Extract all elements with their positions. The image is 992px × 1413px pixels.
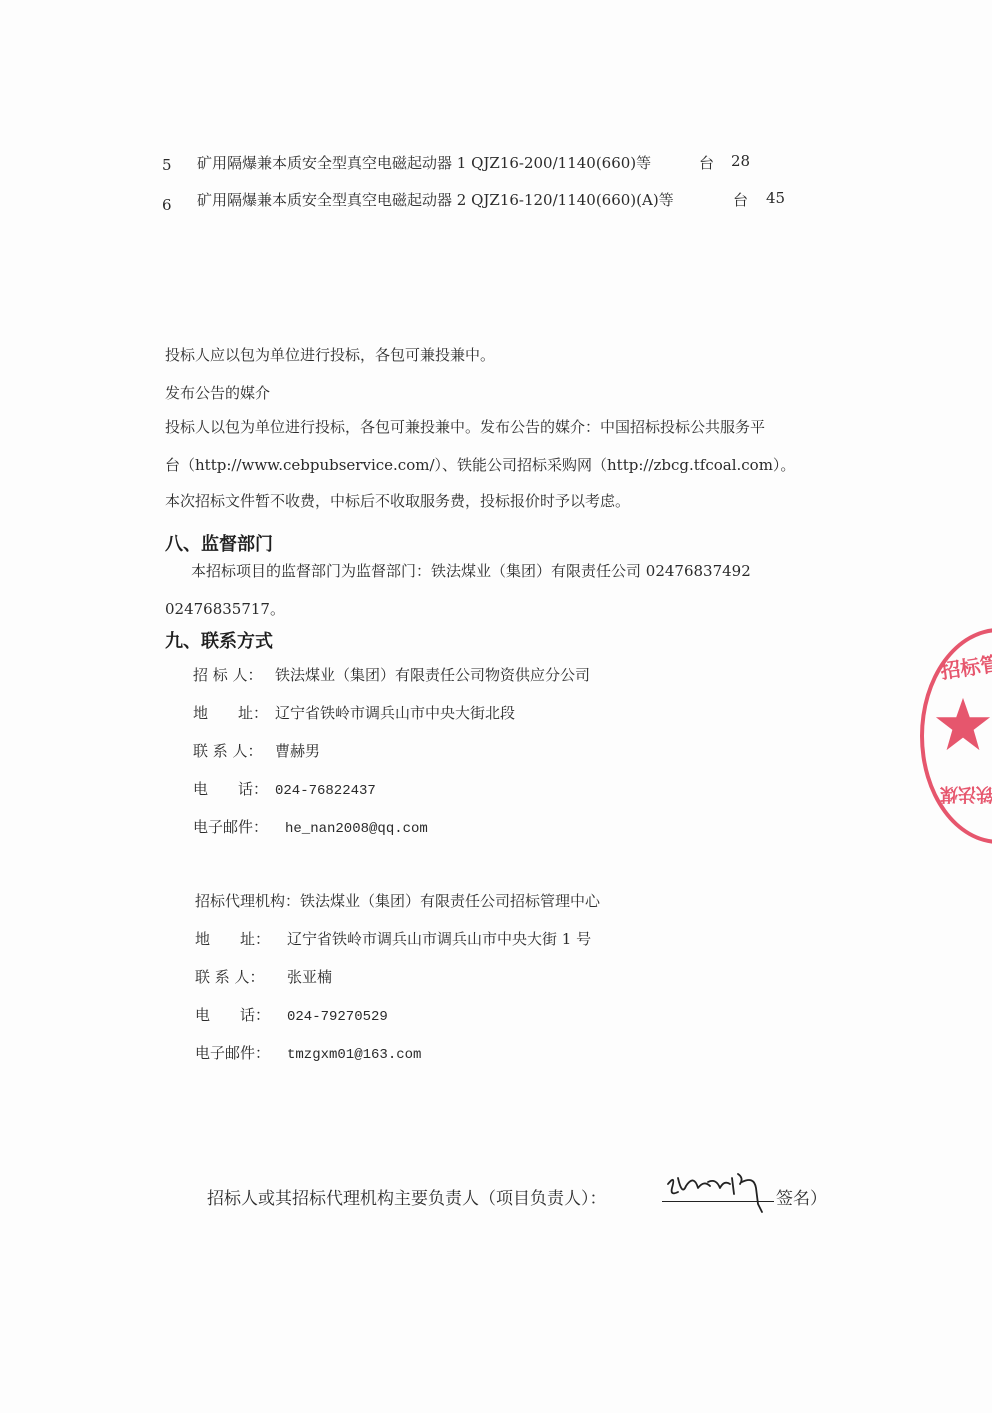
official-seal: 招标管理 铁法煤 xyxy=(920,628,992,844)
tenderer-contact-row: 联 系 人：曹赫男 xyxy=(193,740,320,761)
supervision-body: 本招标项目的监督部门为监督部门：铁法煤业（集团）有限责任公司 024768374… xyxy=(191,560,751,581)
item-row-name: 矿用隔爆兼本质安全型真空电磁起动器 1 QJZ16-200/1140(660)等 xyxy=(197,152,651,173)
field-value: 024-79270529 xyxy=(287,1009,388,1025)
field-label: 招标代理机构： xyxy=(195,892,300,910)
handwritten-signature-icon xyxy=(664,1166,774,1216)
item-row-number: 5 xyxy=(162,156,172,174)
bidding-note-line: 本次招标文件暂不收费，中标后不收取服务费，投标报价时予以考虑。 xyxy=(165,490,630,511)
agency-email-row: 电子邮件：tmzgxm01@163.com xyxy=(195,1042,421,1063)
agency-address-row: 地 址：辽宁省铁岭市调兵山市调兵山市中央大街 1 号 xyxy=(195,928,591,949)
field-label: 招 标 人： xyxy=(193,664,275,685)
item-row-unit: 台 xyxy=(699,152,714,173)
tenderer-phone-row: 电 话：024-76822437 xyxy=(193,778,376,799)
item-row-qty: 45 xyxy=(766,189,785,207)
field-label: 联 系 人： xyxy=(193,740,275,761)
seal-text-top: 招标管理 xyxy=(938,645,992,685)
item-row-qty: 28 xyxy=(731,152,750,170)
item-row-name: 矿用隔爆兼本质安全型真空电磁起动器 2 QJZ16-120/1140(660)(… xyxy=(197,189,674,210)
field-label: 电 话： xyxy=(195,1004,287,1025)
star-icon xyxy=(934,696,992,754)
field-label: 电子邮件： xyxy=(195,1042,287,1063)
agency-phone-row: 电 话：024-79270529 xyxy=(195,1004,388,1025)
bidding-note-line: 投标人应以包为单位进行投标，各包可兼投兼中。 xyxy=(165,344,495,365)
field-label: 电 话： xyxy=(193,778,275,799)
field-label: 地 址： xyxy=(195,928,287,949)
item-row-number: 6 xyxy=(162,196,172,214)
media-title: 发布公告的媒介 xyxy=(165,382,270,403)
field-value: 曹赫男 xyxy=(275,742,320,760)
field-value: 铁法煤业（集团）有限责任公司招标管理中心 xyxy=(300,892,600,910)
section-heading-supervision: 八、监督部门 xyxy=(165,530,273,556)
bidding-note-line: 台（http://www.cebpubservice.com/）、铁能公司招标采… xyxy=(165,454,795,475)
field-value: 辽宁省铁岭市调兵山市中央大街北段 xyxy=(275,704,515,722)
agency-name-row: 招标代理机构：铁法煤业（集团）有限责任公司招标管理中心 xyxy=(195,890,600,911)
document-page: 5 矿用隔爆兼本质安全型真空电磁起动器 1 QJZ16-200/1140(660… xyxy=(0,0,992,1413)
field-value: 辽宁省铁岭市调兵山市调兵山市中央大街 1 号 xyxy=(287,930,591,948)
tenderer-name-row: 招 标 人：铁法煤业（集团）有限责任公司物资供应分公司 xyxy=(193,664,590,685)
field-label: 地 址： xyxy=(193,702,275,723)
agency-contact-row: 联 系 人：张亚楠 xyxy=(195,966,332,987)
tenderer-email-row: 电子邮件：he_nan2008@qq.com xyxy=(193,816,428,837)
field-value: 铁法煤业（集团）有限责任公司物资供应分公司 xyxy=(275,666,590,684)
field-label: 联 系 人： xyxy=(195,966,287,987)
bidding-note-line: 投标人以包为单位进行投标，各包可兼投兼中。发布公告的媒介：中国招标投标公共服务平 xyxy=(165,416,765,437)
field-label: 电子邮件： xyxy=(193,816,285,837)
signature-suffix: 签名） xyxy=(776,1184,827,1209)
item-row-unit: 台 xyxy=(733,189,748,210)
tenderer-address-row: 地 址：辽宁省铁岭市调兵山市中央大街北段 xyxy=(193,702,515,723)
field-value: 024-76822437 xyxy=(275,783,376,799)
signature-label: 招标人或其招标代理机构主要负责人（项目负责人）： xyxy=(207,1184,607,1209)
field-value: 张亚楠 xyxy=(287,968,332,986)
email-link[interactable]: tmzgxm01@163.com xyxy=(287,1047,421,1063)
supervision-body: 02476835717。 xyxy=(165,598,285,619)
section-heading-contact: 九、联系方式 xyxy=(165,627,273,653)
email-link[interactable]: he_nan2008@qq.com xyxy=(285,821,428,837)
seal-text-bottom: 铁法煤 xyxy=(940,782,992,808)
